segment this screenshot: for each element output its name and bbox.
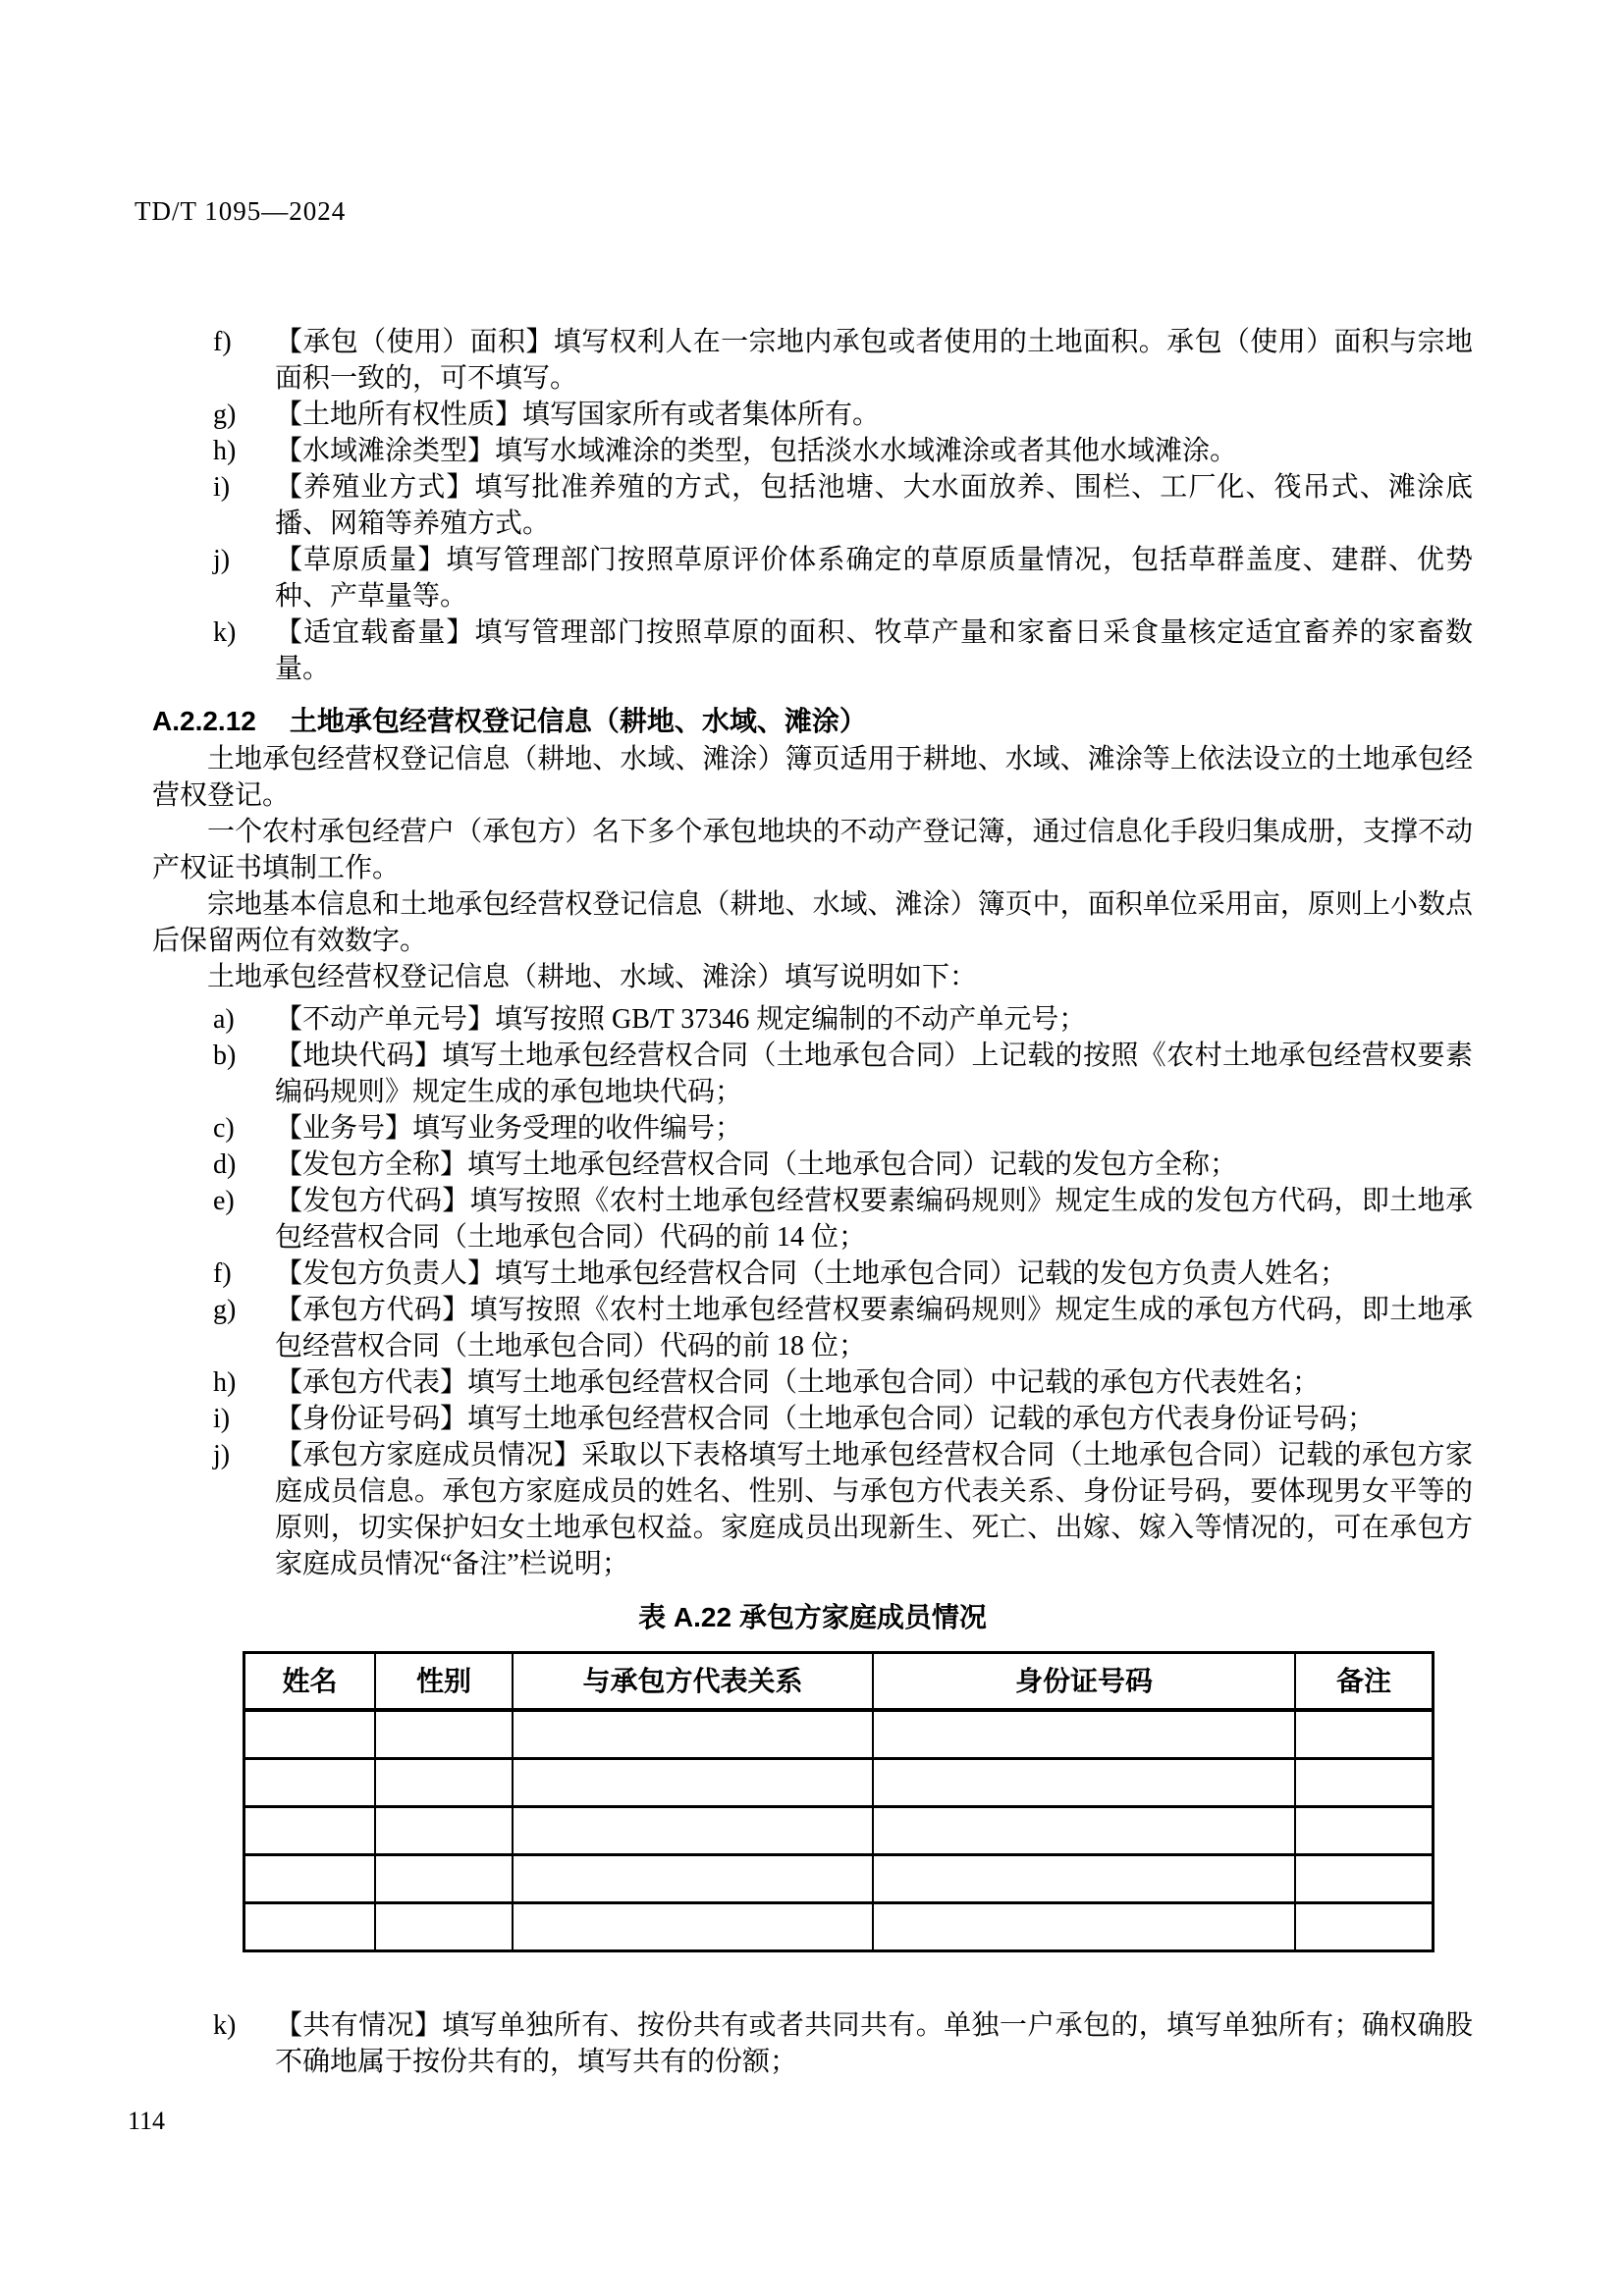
empty-cell (1295, 1855, 1434, 1903)
paragraph: 一个农村承包经营户（承包方）名下多个承包地块的不动产登记簿，通过信息化手段归集成… (152, 814, 1473, 886)
list-marker: d) (213, 1147, 270, 1183)
list-marker: g) (213, 397, 270, 433)
empty-cell (1295, 1903, 1434, 1951)
table-body (244, 1710, 1434, 1951)
page-number: 114 (128, 2107, 165, 2136)
list-text: 【水域滩涂类型】填写水域滩涂的类型，包括淡水水域滩涂或者其他水域滩涂。 (275, 436, 1237, 466)
header-gender: 性别 (375, 1653, 513, 1711)
empty-cell (873, 1710, 1295, 1759)
empty-cell (375, 1903, 513, 1951)
paragraph: 土地承包经营权登记信息（耕地、水域、滩涂）簿页适用于耕地、水域、滩涂等上依法设立… (152, 741, 1473, 814)
list-text: 【不动产单元号】填写按照 GB/T 37346 规定编制的不动产单元号； (275, 1004, 1086, 1035)
list-marker: g) (213, 1292, 270, 1328)
list-item-i: i) 【养殖业方式】填写批准养殖的方式，包括池塘、大水面放养、围栏、工厂化、筏吊… (152, 469, 1473, 542)
item-list-top: f) 【承包（使用）面积】填写权利人在一宗地内承包或者使用的土地面积。承包（使用… (152, 324, 1473, 687)
list-text: 【发包方全称】填写土地承包经营权合同（土地承包合同）记载的发包方全称； (275, 1149, 1237, 1180)
empty-cell (244, 1855, 376, 1903)
list-item-b: b) 【地块代码】填写土地承包经营权合同（土地承包合同）上记载的按照《农村土地承… (152, 1038, 1473, 1110)
empty-cell (244, 1807, 376, 1855)
empty-cell (1295, 1710, 1434, 1759)
list-marker: i) (213, 1401, 270, 1437)
table-row (244, 1710, 1434, 1759)
section-heading: A.2.2.12 土地承包经营权登记信息（耕地、水域、滩涂） (152, 703, 1473, 739)
list-item-f2: f) 【发包方负责人】填写土地承包经营权合同（土地承包合同）记载的发包方负责人姓… (152, 1255, 1473, 1292)
list-item-d: d) 【发包方全称】填写土地承包经营权合同（土地承包合同）记载的发包方全称； (152, 1147, 1473, 1183)
standard-code: TD/T 1095—2024 (135, 196, 346, 227)
list-text: 【养殖业方式】填写批准养殖的方式，包括池塘、大水面放养、围栏、工厂化、筏吊式、滩… (275, 472, 1473, 539)
list-marker: a) (213, 1001, 270, 1038)
list-text: 【适宜载畜量】填写管理部门按照草原的面积、牧草产量和家畜日采食量核定适宜畜养的家… (275, 617, 1473, 684)
list-marker: c) (213, 1110, 270, 1147)
list-text: 【承包方代码】填写按照《农村土地承包经营权要素编码规则》规定生成的承包方代码，即… (275, 1295, 1473, 1362)
empty-cell (513, 1855, 873, 1903)
header-id-number: 身份证号码 (873, 1653, 1295, 1711)
header-relation: 与承包方代表关系 (513, 1653, 873, 1711)
list-marker: f) (213, 324, 270, 360)
list-marker: i) (213, 469, 270, 506)
empty-cell (513, 1759, 873, 1807)
paragraph: 宗地基本信息和土地承包经营权登记信息（耕地、水域、滩涂）簿页中，面积单位采用亩，… (152, 886, 1473, 959)
page-content: f) 【承包（使用）面积】填写权利人在一宗地内承包或者使用的土地面积。承包（使用… (152, 324, 1473, 2080)
list-text: 【土地所有权性质】填写国家所有或者集体所有。 (275, 400, 880, 430)
list-item-g: g) 【土地所有权性质】填写国家所有或者集体所有。 (152, 397, 1473, 433)
list-item-h2: h) 【承包方代表】填写土地承包经营权合同（土地承包合同）中记载的承包方代表姓名… (152, 1364, 1473, 1401)
header-remark: 备注 (1295, 1653, 1434, 1711)
paragraph-block: 土地承包经营权登记信息（耕地、水域、滩涂）簿页适用于耕地、水域、滩涂等上依法设立… (152, 741, 1473, 995)
list-item-j2: j) 【承包方家庭成员情况】采取以下表格填写土地承包经营权合同（土地承包合同）记… (152, 1437, 1473, 1582)
list-marker: k) (213, 614, 270, 651)
empty-cell (375, 1710, 513, 1759)
section-number: A.2.2.12 (152, 703, 256, 739)
empty-cell (375, 1855, 513, 1903)
table-header-row: 姓名 性别 与承包方代表关系 身份证号码 备注 (244, 1653, 1434, 1711)
list-item-k2: k) 【共有情况】填写单独所有、按份共有或者共同共有。单独一户承包的，填写单独所… (152, 2007, 1473, 2080)
family-members-table: 姓名 性别 与承包方代表关系 身份证号码 备注 (243, 1651, 1435, 1952)
empty-cell (873, 1903, 1295, 1951)
list-marker: k) (213, 2007, 270, 2044)
list-text: 【承包方代表】填写土地承包经营权合同（土地承包合同）中记载的承包方代表姓名； (275, 1367, 1320, 1398)
empty-cell (513, 1903, 873, 1951)
list-item-h: h) 【水域滩涂类型】填写水域滩涂的类型，包括淡水水域滩涂或者其他水域滩涂。 (152, 433, 1473, 469)
empty-cell (244, 1759, 376, 1807)
list-item-f: f) 【承包（使用）面积】填写权利人在一宗地内承包或者使用的土地面积。承包（使用… (152, 324, 1473, 397)
table-row (244, 1855, 1434, 1903)
item-list-mid: a) 【不动产单元号】填写按照 GB/T 37346 规定编制的不动产单元号； … (152, 1001, 1473, 1582)
empty-cell (375, 1759, 513, 1807)
list-text: 【共有情况】填写单独所有、按份共有或者共同共有。单独一户承包的，填写单独所有；确… (275, 2010, 1473, 2077)
list-item-e: e) 【发包方代码】填写按照《农村土地承包经营权要素编码规则》规定生成的发包方代… (152, 1183, 1473, 1255)
list-item-c: c) 【业务号】填写业务受理的收件编号； (152, 1110, 1473, 1147)
empty-cell (873, 1759, 1295, 1807)
empty-cell (873, 1855, 1295, 1903)
document-page: TD/T 1095—2024 f) 【承包（使用）面积】填写权利人在一宗地内承包… (0, 0, 1624, 2296)
paragraph: 土地承包经营权登记信息（耕地、水域、滩涂）填写说明如下： (152, 959, 1473, 995)
table-row (244, 1903, 1434, 1951)
empty-cell (244, 1710, 376, 1759)
header-name: 姓名 (244, 1653, 376, 1711)
list-marker: h) (213, 1364, 270, 1401)
table-row (244, 1807, 1434, 1855)
list-text: 【发包方代码】填写按照《农村土地承包经营权要素编码规则》规定生成的发包方代码，即… (275, 1186, 1473, 1253)
section-title: 土地承包经营权登记信息（耕地、水域、滩涂） (290, 703, 867, 739)
list-item-a: a) 【不动产单元号】填写按照 GB/T 37346 规定编制的不动产单元号； (152, 1001, 1473, 1038)
empty-cell (513, 1710, 873, 1759)
list-text: 【草原质量】填写管理部门按照草原评价体系确定的草原质量情况，包括草群盖度、建群、… (275, 545, 1473, 612)
empty-cell (1295, 1807, 1434, 1855)
empty-cell (1295, 1759, 1434, 1807)
list-text: 【发包方负责人】填写土地承包经营权合同（土地承包合同）记载的发包方负责人姓名； (275, 1258, 1347, 1289)
list-marker: j) (213, 1437, 270, 1473)
list-item-k: k) 【适宜载畜量】填写管理部门按照草原的面积、牧草产量和家畜日采食量核定适宜畜… (152, 614, 1473, 687)
table-row (244, 1759, 1434, 1807)
list-text: 【业务号】填写业务受理的收件编号； (275, 1113, 742, 1144)
list-text: 【地块代码】填写土地承包经营权合同（土地承包合同）上记载的按照《农村土地承包经营… (275, 1041, 1473, 1107)
list-marker: h) (213, 433, 270, 469)
empty-cell (244, 1903, 376, 1951)
list-text: 【承包方家庭成员情况】采取以下表格填写土地承包经营权合同（土地承包合同）记载的承… (275, 1440, 1473, 1579)
list-item-j: j) 【草原质量】填写管理部门按照草原评价体系确定的草原质量情况，包括草群盖度、… (152, 542, 1473, 614)
empty-cell (873, 1807, 1295, 1855)
list-text: 【身份证号码】填写土地承包经营权合同（土地承包合同）记载的承包方代表身份证号码； (275, 1404, 1375, 1434)
list-marker: e) (213, 1183, 270, 1219)
empty-cell (513, 1807, 873, 1855)
list-item-i2: i) 【身份证号码】填写土地承包经营权合同（土地承包合同）记载的承包方代表身份证… (152, 1401, 1473, 1437)
list-marker: b) (213, 1038, 270, 1074)
list-text: 【承包（使用）面积】填写权利人在一宗地内承包或者使用的土地面积。承包（使用）面积… (275, 327, 1473, 394)
list-item-g2: g) 【承包方代码】填写按照《农村土地承包经营权要素编码规则》规定生成的承包方代… (152, 1292, 1473, 1364)
list-marker: f) (213, 1255, 270, 1292)
empty-cell (375, 1807, 513, 1855)
table-caption: 表 A.22 承包方家庭成员情况 (152, 1598, 1473, 1637)
list-marker: j) (213, 542, 270, 578)
item-list-bottom: k) 【共有情况】填写单独所有、按份共有或者共同共有。单独一户承包的，填写单独所… (152, 2007, 1473, 2080)
